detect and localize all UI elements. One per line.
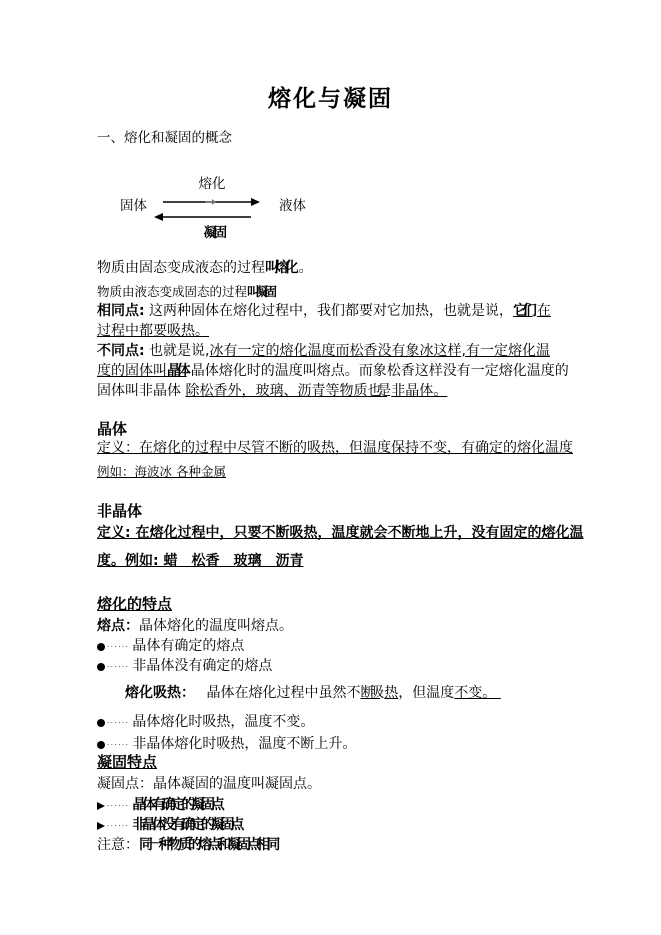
arrow-bullet-item: ......非晶体没有确定的凝固点 (97, 815, 637, 835)
text-segment: 非晶体没有确定的熔点 (132, 658, 272, 674)
sub-heading: 非晶体 (97, 503, 637, 520)
text-segment: 不同点: (97, 343, 145, 359)
sub-heading: 晶体 (97, 421, 637, 438)
dotted-leader: ...... (107, 636, 129, 655)
diagram-arrows: 熔化 凝固 (161, 176, 263, 246)
text-segment: 例如：海波冰 各种金属 (97, 464, 226, 479)
text-segment: ，但温度 (398, 685, 454, 701)
paragraph-line: 度的固体叫晶体晶体熔化时的温度叫熔点。而象松香这样没有一定熔化温度的 (97, 361, 637, 381)
paragraph-line: 熔点：晶体熔化的温度叫熔点。 (97, 616, 637, 636)
text-segment: 叫熔化 (265, 260, 294, 276)
dotted-leader: ...... (107, 815, 129, 834)
bullet-dot-icon (97, 663, 105, 671)
text-segment: 晶体在熔化过程中虽然不 (188, 685, 360, 701)
text-segment: 度的固体叫 (97, 363, 167, 379)
liquid-label: 液体 (279, 194, 306, 214)
text-segment: 晶体熔化的温度叫熔点。 (139, 618, 293, 634)
text-segment: 除松香外，玻璃、沥青等物质 (185, 383, 367, 399)
paragraph-line: 相同点: 这两种固体在熔化过程中，我们都要对它加热，也就是说，它们在 (97, 301, 637, 321)
dotted-leader: ...... (107, 712, 129, 731)
freeze-label: 凝固 (204, 225, 224, 241)
text-segment: 熔点： (97, 618, 139, 634)
paragraph-line: 物质由固态变成液态的过程叫熔化。 (97, 258, 637, 278)
bullet-dot-icon (97, 643, 105, 651)
paragraph-line: 固体叫非晶体 除松香外，玻璃、沥青等物质也是非晶体。 (97, 381, 637, 401)
dotted-leader: ...... (107, 656, 129, 675)
dotted-leader: ...... (107, 795, 129, 814)
paragraph-line: 度。例如: 蜡 松香 玻璃 沥青 (97, 551, 637, 571)
bullet-dot-icon (97, 719, 105, 727)
text-segment: 熔化的特点 (97, 595, 172, 613)
melt-label: 熔化 (199, 176, 226, 192)
text-segment: 晶体熔化时吸热，温度不变。 (132, 714, 314, 730)
text-segment: 晶体有确定的熔点 (132, 638, 244, 654)
text-segment: 非晶体熔化时吸热，温度不断上升。 (132, 736, 356, 752)
arrow-bullet-icon (97, 822, 105, 830)
sub-heading: 熔化的特点 (97, 596, 637, 613)
page-title: 熔化与凝固 (0, 80, 661, 113)
text-segment: 热 (384, 685, 398, 701)
text-segment: 过程中都要吸热。 (97, 323, 209, 339)
bullet-dot-icon (97, 741, 105, 749)
text-segment: 在 (537, 303, 551, 319)
text-segment: 非晶体。 (391, 383, 447, 399)
solid-label: 固体 (120, 194, 147, 214)
text-segment: 非晶体 (97, 502, 142, 520)
text-segment: 固体叫非晶体 (97, 383, 185, 399)
bullet-item: ......晶体熔化时吸热，温度不变。 (97, 712, 637, 732)
text-segment: 同一种物质的熔点和凝固点相同 (139, 837, 276, 853)
text-segment: 晶体有确定的凝固点 (132, 797, 220, 813)
text-segment: 断吸 (360, 685, 380, 701)
bullet-item: ......晶体有确定的熔点 (97, 636, 637, 656)
text-segment: 度。例如: 蜡 松香 玻璃 沥青 (97, 553, 303, 569)
text-segment: 这两种固体在熔化过程中，我们都要对它加热，也就是说， (145, 303, 513, 319)
content-lines: 物质由固态变成液态的过程叫熔化。物质由液态变成固态的过程叫凝固相同点: 这两种固… (97, 258, 637, 855)
text-segment: 定义：在熔化的过程中尽管不断的吸热，但温度保持不变，有确定的熔化温度 (97, 440, 573, 456)
paragraph-line: 不同点: 也就是说,冰有一定的熔化温度而松香没有象冰这样,有一定熔化温 (97, 341, 637, 361)
bullet-item: ......非晶体没有确定的熔点 (97, 656, 637, 676)
text-segment: 叫凝固 (247, 284, 273, 299)
paragraph-line: 凝固点：晶体凝固的温度叫凝固点。 (97, 774, 637, 794)
text-segment: 晶体熔化时的温度叫熔点。而象松香这样没有一定熔化温度的 (191, 363, 569, 379)
text-segment: 物质由液态变成固态的过程 (97, 284, 247, 299)
text-segment: 晶体 (167, 363, 187, 379)
text-segment: 它们 (513, 303, 533, 319)
phase-change-diagram: 固体 熔化 凝固 液体 (120, 176, 306, 246)
text-segment: 也就是说, (145, 343, 210, 359)
text-segment: 不变。 (454, 685, 500, 701)
text-segment: 凝固点：晶体凝固的温度叫凝固点。 (97, 776, 321, 792)
sub-heading: 凝固特点 (97, 754, 637, 771)
paragraph-line: 定义：在熔化的过程中尽管不断的吸热，但温度保持不变，有确定的熔化温度 (97, 438, 637, 458)
dotted-leader: ...... (107, 734, 129, 753)
text-segment: 相同点: (97, 303, 145, 319)
bullet-item: ......非晶体熔化时吸热，温度不断上升。 (97, 734, 637, 754)
text-segment: 非晶体没有确定的凝固点 (132, 817, 240, 833)
text-segment: 冰有一定的熔化温度而松香没有象冰这样,有一定熔化温 (210, 343, 550, 359)
paragraph-line: 注意：同一种物质的熔点和凝固点相同 (97, 835, 637, 855)
text-segment: 。 (299, 260, 313, 276)
paragraph-line: 熔化吸热： 晶体在熔化过程中虽然不断吸热，但温度不变。 (97, 683, 637, 703)
paragraph-line: 例如：海波冰 各种金属 (97, 463, 637, 480)
text-segment: 凝固特点 (97, 753, 157, 771)
text-segment: 定义: 在熔化过程中，只要不断吸热，温度就会不断地上升，没有固定的熔化温 (97, 525, 583, 541)
left-arrow-icon (153, 212, 251, 222)
text-segment: 晶体 (97, 420, 127, 438)
document-page: 熔化与凝固 一、熔化和凝固的概念 固体 熔化 凝固 液体 物质由固态变成液态的过… (0, 0, 661, 935)
arrow-bullet-icon (97, 802, 105, 810)
paragraph-line: 定义: 在熔化过程中，只要不断吸热，温度就会不断地上升，没有固定的熔化温 (97, 523, 637, 543)
text-segment: 熔化吸热： (125, 685, 188, 701)
text-segment: 物质由固态变成液态的过程 (97, 260, 265, 276)
paragraph-line: 过程中都要吸热。 (97, 321, 637, 341)
section-heading: 一、熔化和凝固的概念 (97, 126, 232, 146)
paragraph-line: 物质由液态变成固态的过程叫凝固 (97, 283, 637, 300)
text-segment: 注意： (97, 837, 139, 853)
small-arrow-artifact-icon (205, 199, 217, 206)
text-segment: 也是 (367, 383, 387, 399)
arrow-bullet-item: ......晶体有确定的凝固点 (97, 795, 637, 815)
